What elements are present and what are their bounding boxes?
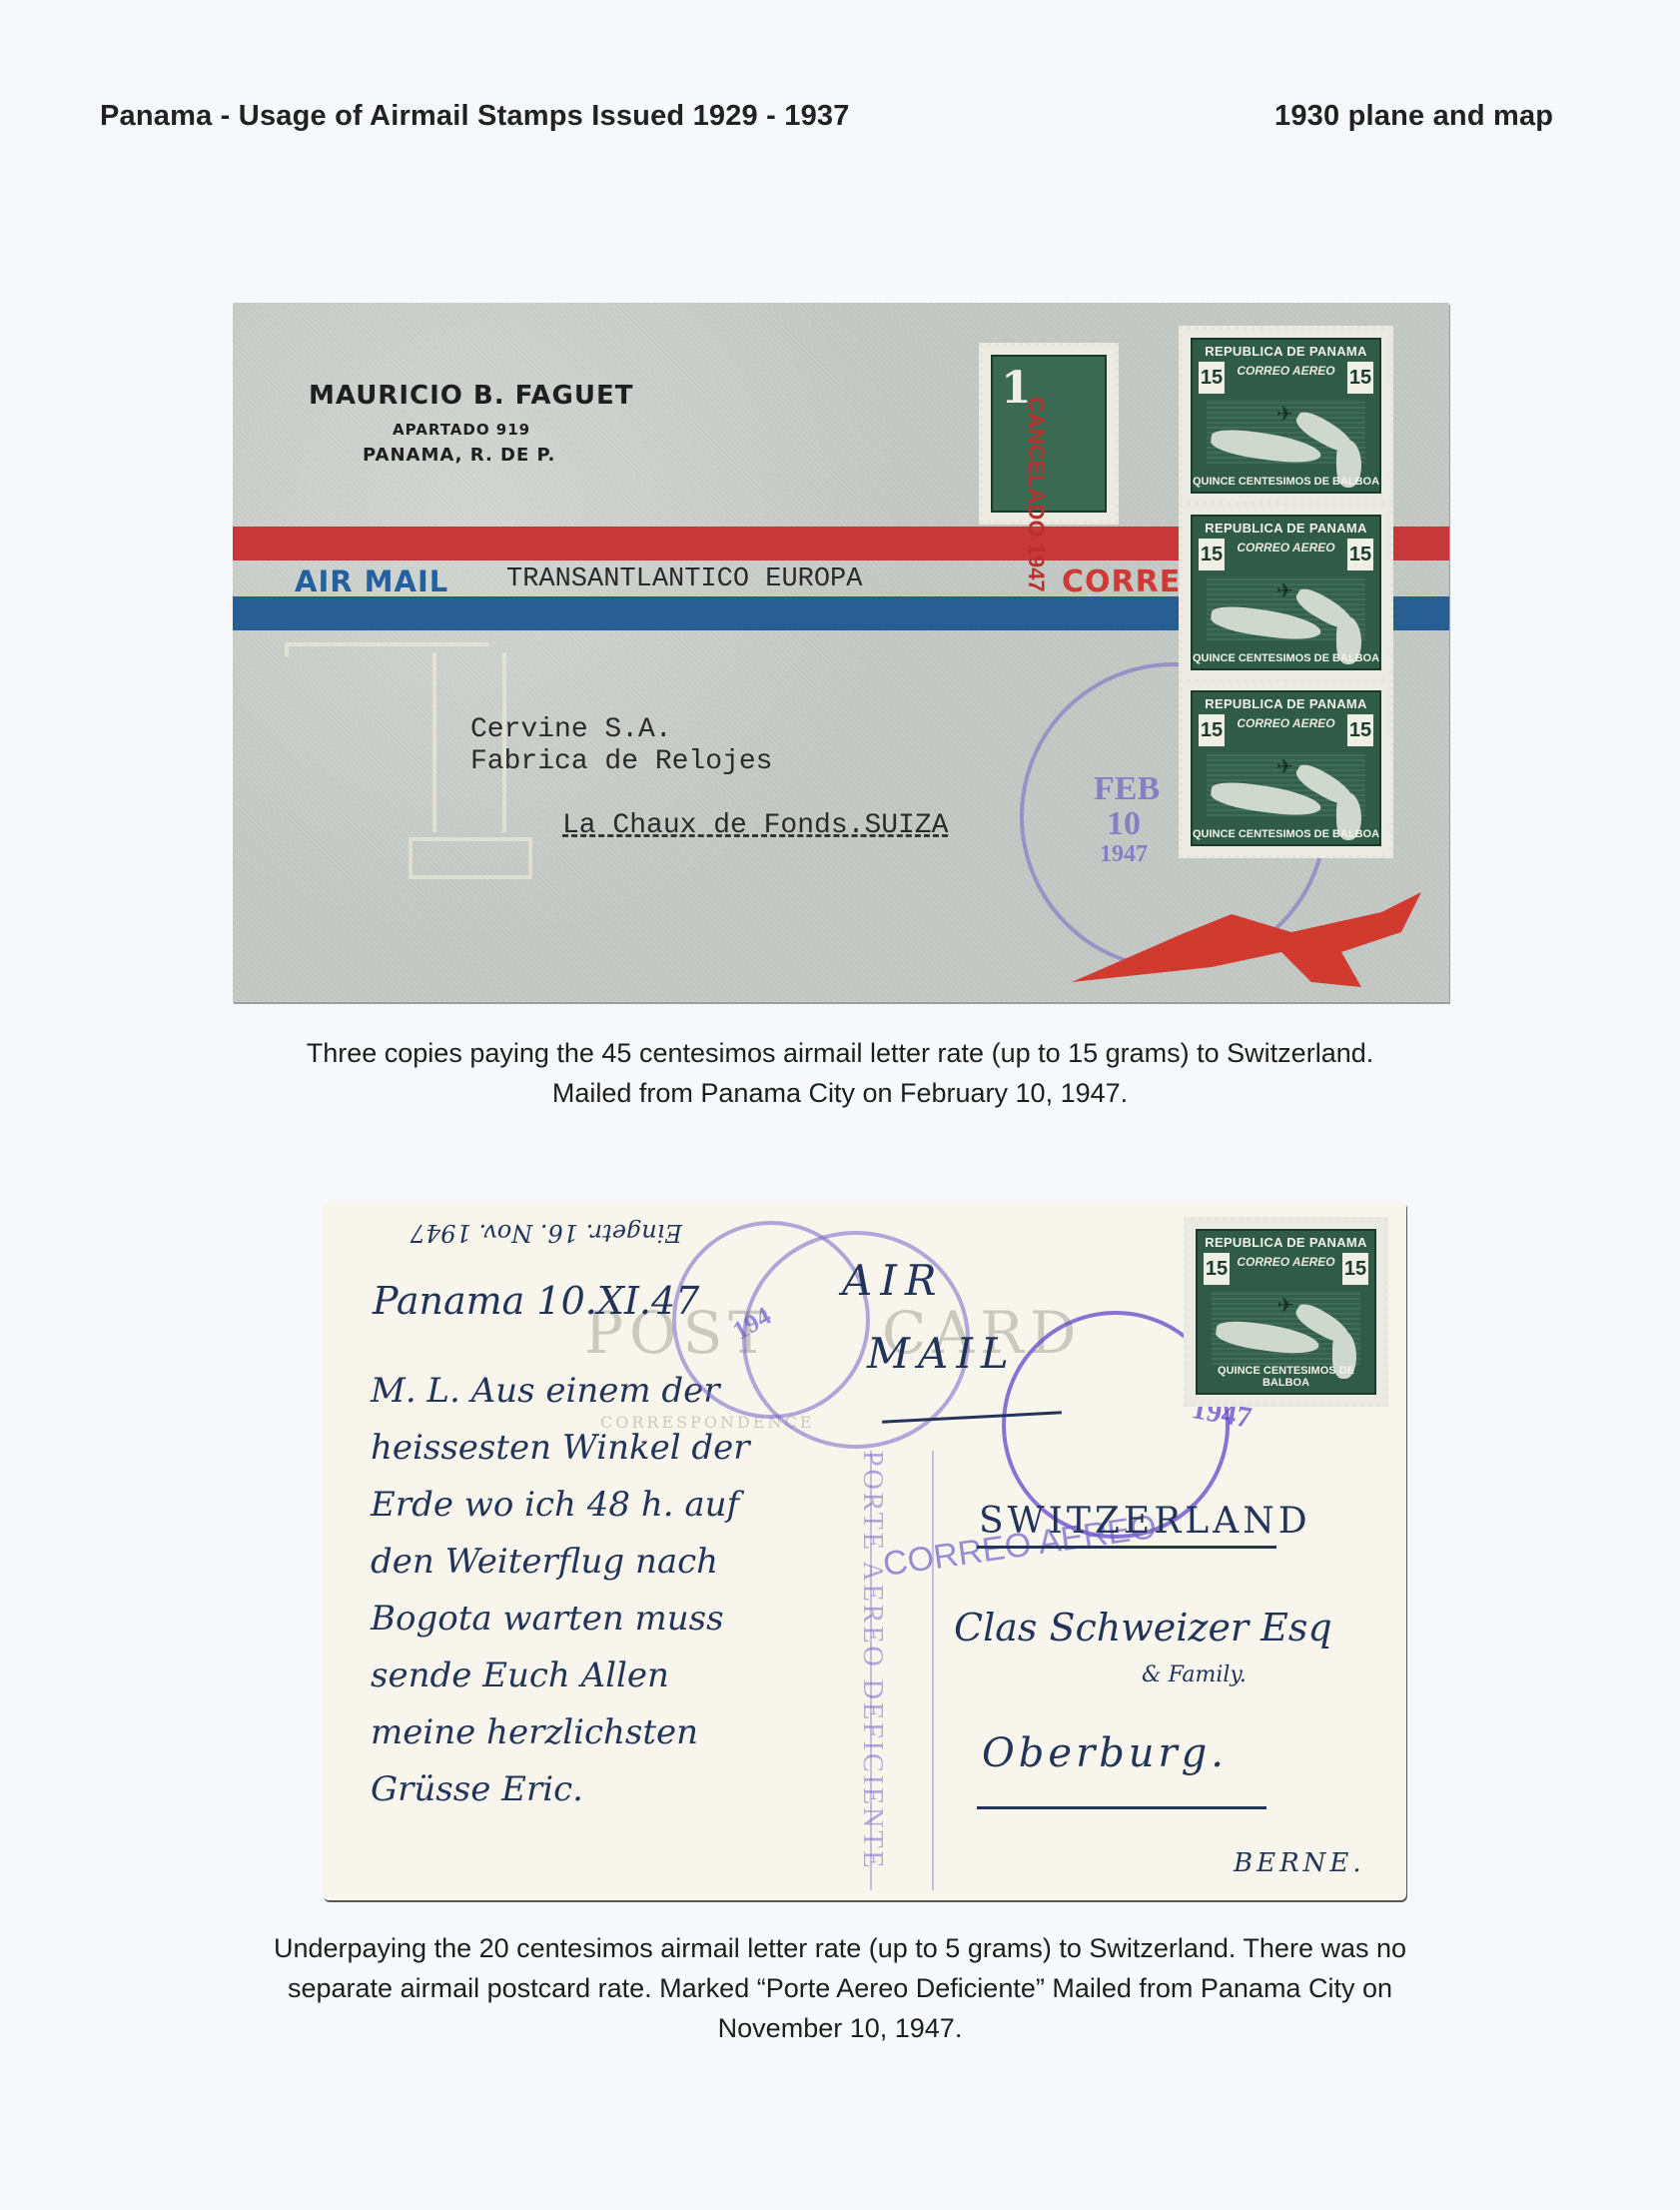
panama-map-icon: ✈ — [1207, 576, 1365, 640]
stamp-footer: QUINCE CENTESIMOS DE BALBOA — [1193, 828, 1379, 840]
message-line: Grüsse Eric. — [371, 1769, 583, 1809]
stamp-header: REPUBLICA DE PANAMA — [1198, 1235, 1374, 1250]
received-note: Eingetr. 16. Nov. 1947 — [411, 1219, 682, 1247]
airplane-icon: ✈ — [1276, 578, 1293, 603]
stamp-value-left: 15 — [1204, 1253, 1230, 1285]
stamp-15-centesimos: REPUBLICA DE PANAMA CORREO AEREO 15 15 ✈… — [1179, 678, 1393, 858]
stamp-1-centesimo: 1 CANCELADO 1947 — [979, 343, 1119, 525]
stamp-header: REPUBLICA DE PANAMA — [1193, 344, 1379, 359]
message-line: den Weiterflug nach — [371, 1542, 718, 1582]
stamp-footer: QUINCE CENTESIMOS DE BALBOA — [1193, 476, 1379, 488]
porte-aereo-frame — [870, 1451, 934, 1890]
panama-map-icon: ✈ — [1212, 1291, 1360, 1365]
stamp-value-right: 15 — [1342, 1253, 1368, 1285]
sender-name: MAURICIO B. FAGUET — [309, 381, 634, 411]
postcard-stamp-15-centesimos: REPUBLICA DE PANAMA CORREO AEREO 15 15 ✈… — [1184, 1217, 1388, 1407]
postmark-month: FEB — [1094, 772, 1154, 806]
stamp-value-left: 15 — [1199, 539, 1225, 570]
sender-city: PANAMA, R. DE P. — [363, 445, 555, 466]
message-line: Bogota warten muss — [371, 1599, 724, 1639]
airplane-icon: ✈ — [1276, 402, 1293, 427]
address-line-1: Cervine S.A. — [470, 714, 672, 745]
address-line-3: La Chaux de Fonds.SUIZA — [562, 810, 948, 841]
stamp-value-left: 15 — [1199, 714, 1225, 746]
stamp-value-right: 15 — [1347, 539, 1373, 570]
route-typed: TRANSANTLANTICO EUROPA — [506, 564, 862, 594]
address-country: SWITZERLAND — [979, 1501, 1311, 1542]
stamp-value-left: 15 — [1199, 362, 1225, 394]
address-canton: BERNE. — [1234, 1848, 1365, 1878]
message-line: M. L. Aus einem der — [371, 1371, 720, 1411]
stamp-value-right: 15 — [1347, 714, 1373, 746]
town-underline — [977, 1806, 1266, 1809]
message-line: meine herzlichsten — [371, 1712, 698, 1752]
airmail-handwritten-1: AIR — [842, 1256, 945, 1305]
cover-caption-line-2: Mailed from Panama City on February 10, … — [0, 1073, 1680, 1113]
address-town: Oberburg. — [982, 1730, 1228, 1776]
stamp-overprint: CANCELADO 1947 — [1023, 397, 1049, 592]
address-name: Clas Schweizer Esq — [954, 1606, 1332, 1650]
postcard-caption-line-1: Underpaying the 20 centesimos airmail le… — [0, 1928, 1680, 1968]
watermark-airplane-tail — [409, 837, 532, 879]
message-line: sende Euch Allen — [371, 1656, 669, 1695]
postcard-caption-line-3: November 10, 1947. — [0, 2008, 1680, 2048]
airplane-icon: ✈ — [1277, 1293, 1294, 1318]
message-line: Erde wo ich 48 h. auf — [371, 1485, 739, 1525]
cover-caption-line-1: Three copies paying the 45 centesimos ai… — [0, 1033, 1680, 1073]
postcard-caption-line-2: separate airmail postcard rate. Marked “… — [0, 1968, 1680, 2008]
postmark-day: 10 — [1094, 807, 1154, 841]
postcard: POST CARD CORRESPONDENCE Eingetr. 16. No… — [323, 1201, 1406, 1900]
stamp-15-centesimos: REPUBLICA DE PANAMA CORREO AEREO 15 15 ✈… — [1179, 503, 1393, 682]
page-subtitle: 1930 plane and map — [1274, 100, 1553, 133]
panama-map-icon: ✈ — [1207, 752, 1365, 816]
stamp-header: REPUBLICA DE PANAMA — [1193, 521, 1379, 536]
panama-map-icon: ✈ — [1207, 400, 1365, 464]
stamp-footer: QUINCE CENTESIMOS DE BALBOA — [1198, 1365, 1374, 1389]
stamp-footer: QUINCE CENTESIMOS DE BALBOA — [1193, 652, 1379, 664]
red-airplane-icon — [1062, 872, 1431, 992]
dateline: Panama 10.XI.47 — [373, 1279, 699, 1323]
address-name-2: & Family. — [1142, 1662, 1247, 1687]
airplane-icon: ✈ — [1276, 754, 1293, 779]
address-line-2: Fabrica de Relojes — [470, 746, 772, 777]
stamp-value-right: 15 — [1347, 362, 1373, 394]
country-underline — [977, 1546, 1276, 1549]
airmail-cover: MAURICIO B. FAGUET APARTADO 919 PANAMA, … — [233, 303, 1449, 1002]
stamp-header: REPUBLICA DE PANAMA — [1193, 696, 1379, 711]
airmail-label: AIR MAIL — [295, 564, 448, 598]
sender-address-line: APARTADO 919 — [393, 421, 530, 439]
stamp-15-centesimos: REPUBLICA DE PANAMA CORREO AEREO 15 15 ✈… — [1179, 326, 1393, 506]
message-line: heissesten Winkel der — [371, 1428, 750, 1468]
page-title: Panama - Usage of Airmail Stamps Issued … — [100, 100, 850, 133]
postmark-year: 1947 — [1094, 842, 1154, 866]
airmail-handwritten-2: MAIL — [867, 1329, 1017, 1378]
